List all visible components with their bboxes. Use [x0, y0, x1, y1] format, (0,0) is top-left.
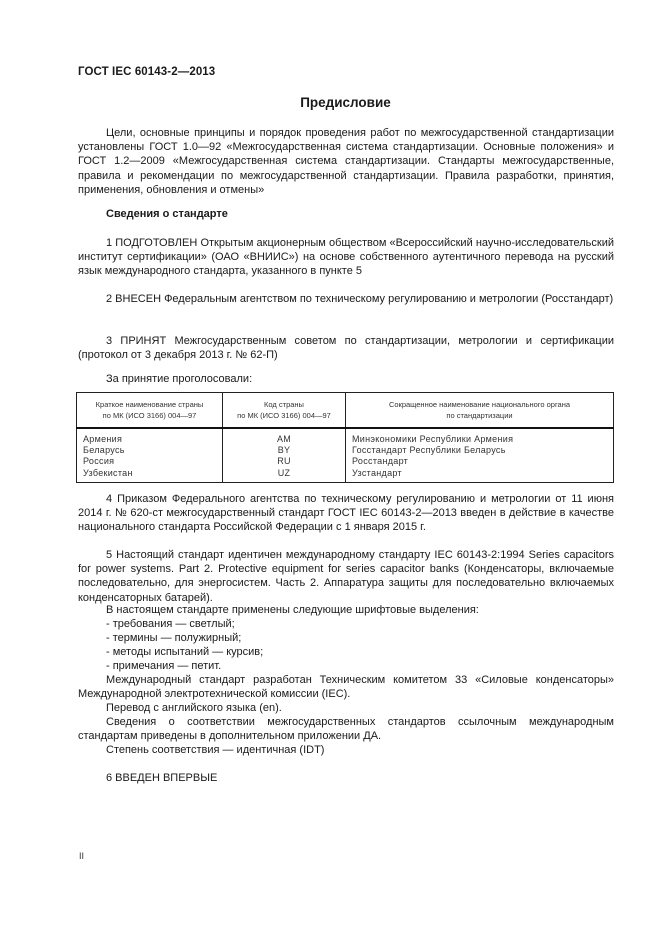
- fonts-list-item: - термины — полужирный;: [78, 631, 614, 645]
- fonts-list-item: - требования — светлый;: [78, 617, 614, 631]
- header-code: Код страныпо МК (ИСО 3166) 004—97: [223, 393, 346, 429]
- fonts-list-item: - примечания — петит.: [78, 659, 614, 673]
- header-code-line2: по МК (ИСО 3166) 004—97: [237, 411, 331, 420]
- section-heading: Сведения о стандарте: [106, 208, 228, 220]
- page-title: Предисловие: [0, 95, 661, 110]
- votes-label: За принятие проголосовали:: [78, 372, 614, 386]
- intro-text: Цели, основные принципы и порядок провед…: [78, 127, 614, 196]
- document-header: ГОСТ IEC 60143-2—2013: [78, 66, 215, 78]
- cell-country: Беларусь: [77, 445, 223, 456]
- committee-paragraph: Международный стандарт разработан Технич…: [78, 673, 614, 701]
- references-paragraph: Сведения о соответствии межгосударственн…: [78, 715, 614, 743]
- table-row: Армения AM Минэкономики Республики Армен…: [77, 428, 614, 445]
- cell-code: AM: [223, 428, 346, 445]
- cell-body: Росстандарт: [346, 456, 614, 467]
- item-5-text: 5 Настоящий стандарт идентичен междунаро…: [78, 549, 614, 604]
- item-6: 6 ВВЕДЕН ВПЕРВЫЕ: [78, 771, 614, 785]
- cell-code: UZ: [223, 468, 346, 483]
- degree-note: Степень соответствия — идентичная (IDT): [78, 743, 614, 757]
- cell-country: Россия: [77, 456, 223, 467]
- item-3: 3 ПРИНЯТ Межгосударственным советом по с…: [78, 334, 614, 362]
- fonts-list-item: - методы испытаний — курсив;: [78, 645, 614, 659]
- item-4-text: 4 Приказом Федерального агентства по тех…: [78, 493, 614, 533]
- cell-body: Госстандарт Республики Беларусь: [346, 445, 614, 456]
- item-1-text: 1 ПОДГОТОВЛЕН Открытым акционерным общес…: [78, 237, 614, 277]
- cell-body: Узстандарт: [346, 468, 614, 483]
- item-3-text: 3 ПРИНЯТ Межгосударственным советом по с…: [78, 335, 614, 361]
- translation-note: Перевод с английского языка (en).: [78, 701, 614, 715]
- cell-code: BY: [223, 445, 346, 456]
- cell-body: Минэкономики Республики Армения: [346, 428, 614, 445]
- header-body-line1: Сокращенное наименование национального о…: [389, 400, 570, 409]
- cell-country: Армения: [77, 428, 223, 445]
- header-country-line1: Краткое наименование страны: [96, 400, 204, 409]
- table-row: Россия RU Росстандарт: [77, 456, 614, 467]
- header-code-line1: Код страны: [264, 400, 304, 409]
- item-2-text: 2 ВНЕСЕН Федеральным агентством по техни…: [106, 293, 613, 305]
- votes-table: Краткое наименование страныпо МК (ИСО 31…: [76, 392, 614, 483]
- item-2: 2 ВНЕСЕН Федеральным агентством по техни…: [78, 292, 614, 306]
- header-body: Сокращенное наименование национального о…: [346, 393, 614, 429]
- table-row: Беларусь BY Госстандарт Республики Белар…: [77, 445, 614, 456]
- cell-code: RU: [223, 456, 346, 467]
- header-country-line2: по МК (ИСО 3166) 004—97: [103, 411, 197, 420]
- intro-paragraph: Цели, основные принципы и порядок провед…: [78, 126, 614, 197]
- document-page: ГОСТ IEC 60143-2—2013 Предисловие Цели, …: [0, 0, 661, 936]
- cell-country: Узбекистан: [77, 468, 223, 483]
- item-5: 5 Настоящий стандарт идентичен междунаро…: [78, 548, 614, 605]
- references-text: Сведения о соответствии межгосударственн…: [78, 716, 614, 742]
- header-body-line2: по стандартизации: [446, 411, 512, 420]
- item-1: 1 ПОДГОТОВЛЕН Открытым акционерным общес…: [78, 236, 614, 279]
- page-number: II: [79, 851, 84, 861]
- fonts-intro: В настоящем стандарте применены следующи…: [78, 603, 614, 617]
- item-4: 4 Приказом Федерального агентства по тех…: [78, 492, 614, 535]
- table-row: Узбекистан UZ Узстандарт: [77, 468, 614, 483]
- committee-text: Международный стандарт разработан Технич…: [78, 674, 614, 700]
- header-country: Краткое наименование страныпо МК (ИСО 31…: [77, 393, 223, 429]
